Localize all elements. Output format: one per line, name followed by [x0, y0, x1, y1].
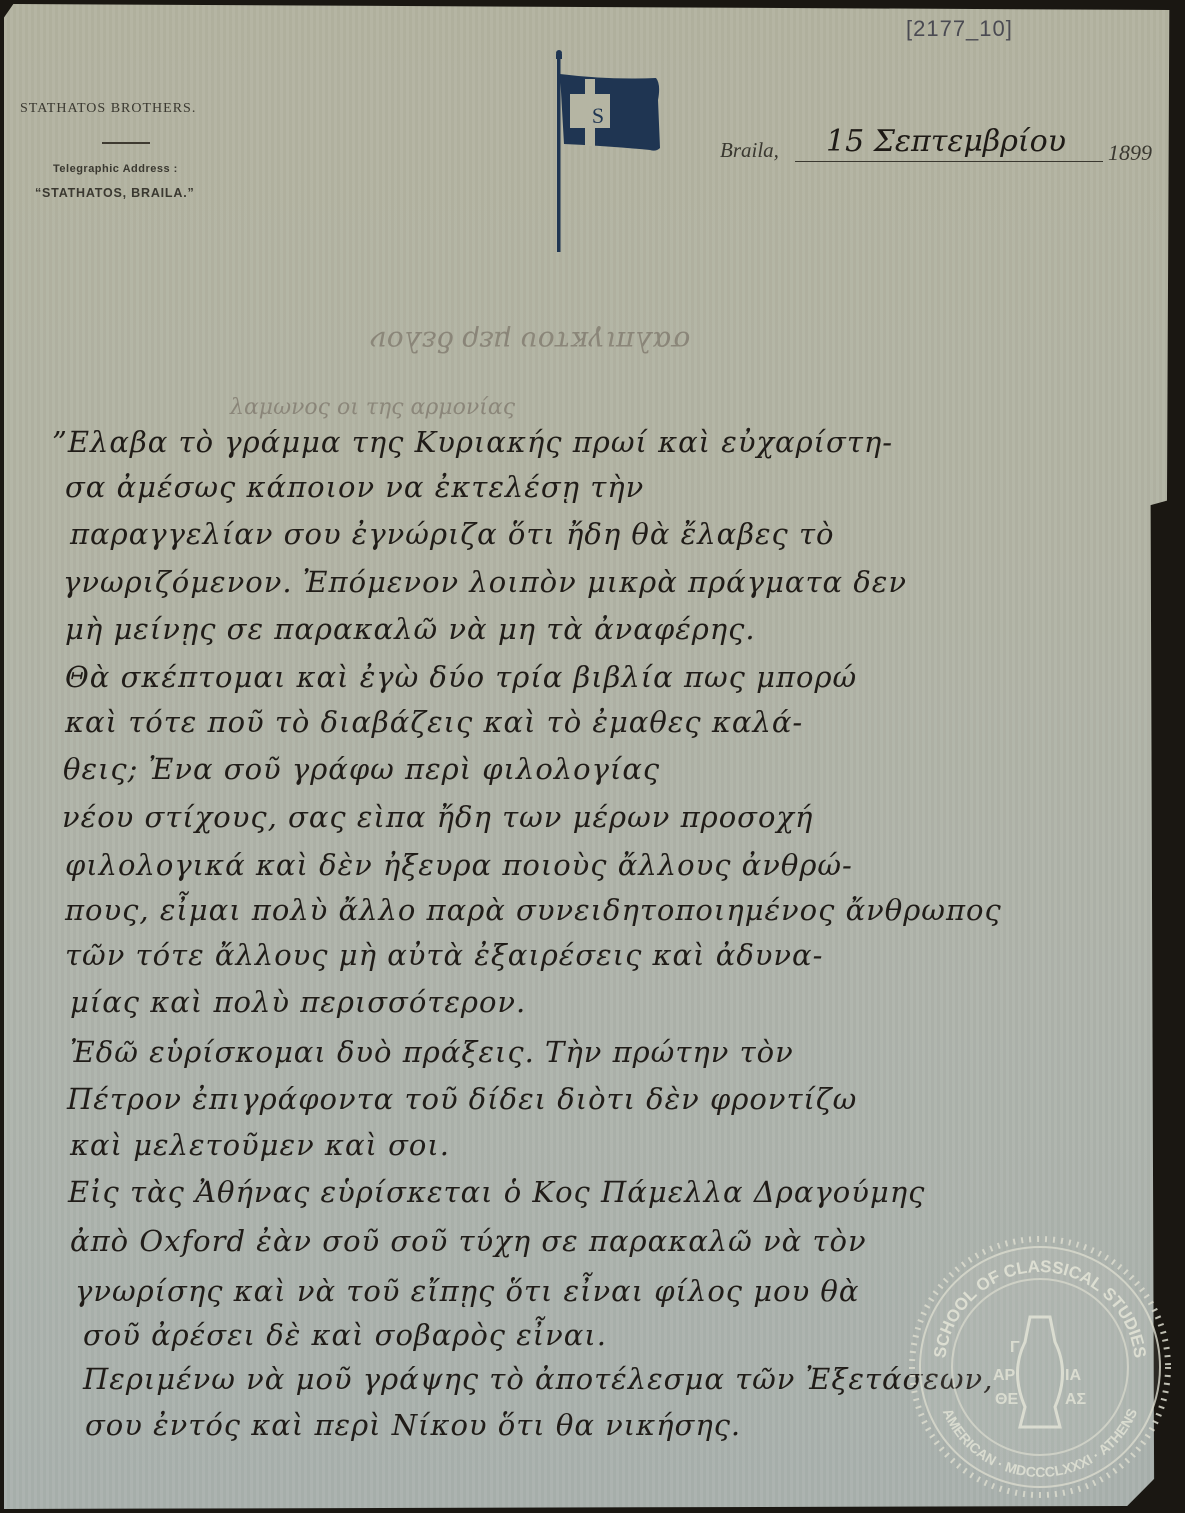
letter-line: Ἐδῶ εὑρίσκομαι δυὸ πράξεις. Τὴν πρώτην τ… — [70, 1035, 794, 1069]
letter-line: τῶν τότε ἄλλους μὴ αὐτὰ ἐξαιρέσεις καὶ ἀ… — [65, 938, 823, 972]
letter-line: ἀπὸ Oxford ἐὰν σοῦ σοῦ τύχη σε παρακαλῶ … — [70, 1224, 867, 1258]
bleed-through-text: λαμωνος οι της αρμονίας — [230, 395, 515, 420]
letter-line: ”Ελαβα τὸ γράμμα της Κυριακής πρωί καὶ ε… — [52, 425, 893, 459]
bleed-through-text: σαλπιγκτου μερ δελον — [130, 325, 930, 358]
letter-line: μὴ μείνῃς σε παρακαλῶ νὰ μη τὰ ἀναφέρης. — [65, 612, 756, 646]
svg-text:ΙΑ: ΙΑ — [1065, 1367, 1081, 1384]
svg-text:S: S — [592, 103, 604, 128]
letter-line: Θὰ σκέπτομαι καὶ ἐγὼ δύο τρία βιβλία πως… — [65, 660, 857, 694]
dateline-place: Braila, — [720, 138, 779, 163]
dateline-rule — [795, 161, 1103, 162]
telegraphic-address: “STATHATOS, BRAILA.” — [35, 186, 195, 200]
letterhead-company: STATHATOS BROTHERS. — [20, 101, 196, 117]
svg-text:ΘΕ: ΘΕ — [995, 1391, 1018, 1408]
letter-line: θεις; Ἐνα σοῦ γράφω περὶ φιλολογίας — [63, 752, 660, 786]
letter-line: καὶ τότε ποῦ τὸ διαβάζεις καὶ τὸ ἐμαθες … — [65, 705, 803, 739]
letter-line: σοῦ ἀρέσει δὲ καὶ σοβαρὸς εἶναι. — [83, 1318, 607, 1352]
archive-reference: [2177_10] — [906, 16, 1013, 42]
letter-line: καὶ μελετοῦμεν καὶ σοι. — [70, 1128, 450, 1162]
letter-line: Εἰς τὰς Ἀθήνας εὑρίσκεται ὁ Κος Πάμελλα … — [68, 1175, 925, 1209]
letter-line: νέου στίχους, σας εὶπα ἤδη των μέρων προ… — [62, 800, 813, 834]
letter-line: φιλολογικά καὶ δὲν ἠξευρα ποιοὺς ἄλλους … — [65, 848, 853, 882]
letter-line: σου ἐντός καὶ περὶ Νίκου ὅτι θα νικήσης. — [85, 1408, 741, 1442]
dateline-handwritten-date: 15 Σεπτεμβρίου — [826, 124, 1066, 159]
svg-text:ΑΡ: ΑΡ — [993, 1367, 1016, 1384]
telegraphic-label: Telegraphic Address : — [53, 163, 178, 175]
letter-line: γνωριζόμενον. Ἐπόμενον λοιπὸν μικρὰ πράγ… — [63, 565, 907, 599]
svg-text:Γ: Γ — [1010, 1339, 1020, 1356]
dateline-year: 1899 — [1108, 140, 1152, 166]
letter-line: γνωρίσης καὶ νὰ τοῦ εἴπῃς ὅτι εἶναι φίλο… — [75, 1274, 859, 1308]
letter-line: σα ἀμέσως κάποιον να ἐκτελέσῃ τὴν — [65, 470, 644, 504]
svg-text:ΑΣ: ΑΣ — [1065, 1391, 1087, 1408]
seal-watermark-icon: SCHOOL OF CLASSICAL STUDIES AMERICAN · M… — [905, 1232, 1175, 1502]
letter-line: Περιμένω νὰ μοῦ γράψης τὸ ἀποτέλεσμα τῶν… — [83, 1362, 993, 1396]
letter-line: πους, εἶμαι πολὺ ἄλλο παρὰ συνειδητοποιη… — [65, 893, 1002, 927]
letter-line: παραγγελίαν σου ἐγνώριζα ὅτι ἤδη θὰ ἔλαβ… — [70, 517, 835, 551]
letter-line: μίας καὶ πολὺ περισσότερον. — [70, 985, 526, 1019]
letter-line: Πέτρον ἐπιγράφοντα τοῦ δίδει διὸτι δὲν φ… — [67, 1082, 857, 1116]
flag-icon: S — [548, 44, 668, 254]
letterhead-divider — [102, 142, 150, 144]
